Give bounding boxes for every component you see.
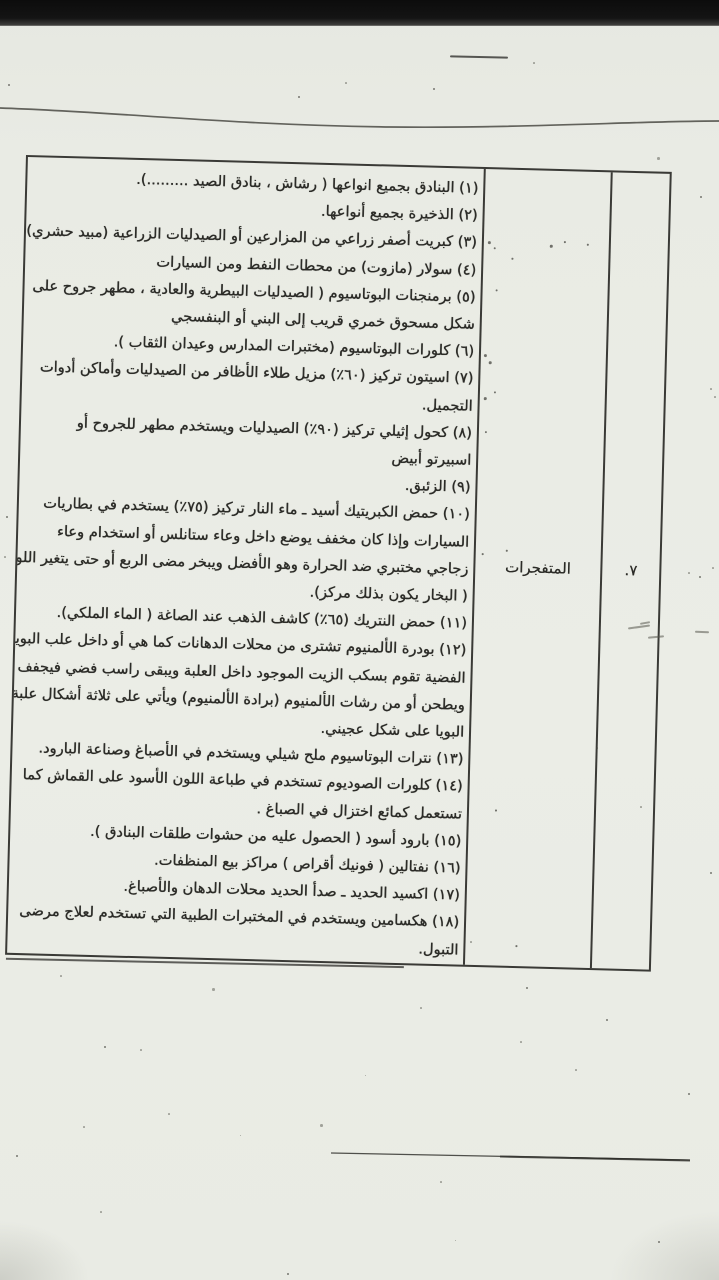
row-number: ٧.	[602, 561, 659, 580]
noise-speck	[420, 1007, 422, 1009]
noise-speck	[606, 1019, 608, 1021]
ink-dot	[506, 550, 508, 552]
ink-dot	[484, 397, 487, 400]
top-right-mark	[450, 55, 508, 58]
noise-speck	[710, 872, 712, 874]
noise-speck	[8, 84, 10, 86]
noise-speck	[104, 1046, 106, 1048]
noise-speck	[688, 1093, 690, 1095]
noise-speck	[520, 1041, 522, 1043]
ink-dot	[482, 553, 484, 555]
pen-scribble-mark	[695, 631, 709, 633]
ink-dot	[484, 354, 487, 357]
noise-speck	[688, 572, 690, 574]
noise-speck	[345, 82, 347, 84]
ink-dot	[515, 945, 517, 947]
noise-speck	[16, 1155, 18, 1157]
ink-dot	[494, 247, 496, 249]
category-label: المتفجرات	[475, 557, 600, 578]
items-list-cell: (١) البنادق بجميع انواعها ( رشاش ، بنادق…	[7, 157, 486, 965]
list-item: (١٢) بودرة الألمنيوم تشترى من محلات الده…	[15, 625, 467, 746]
noise-speck	[60, 975, 62, 977]
scan-crease-line	[0, 90, 719, 150]
ink-dot	[489, 361, 492, 364]
noise-speck	[596, 747, 598, 749]
document-table: (١) البنادق بجميع انواعها ( رشاش ، بنادق…	[5, 155, 672, 972]
pencil-line	[325, 1144, 705, 1168]
noise-speck	[575, 1069, 577, 1071]
ink-dot	[495, 810, 497, 812]
category-cell: المتفجرات	[465, 169, 613, 968]
ink-dot	[488, 241, 491, 244]
noise-speck	[212, 988, 215, 991]
ink-dot	[564, 241, 566, 243]
ink-dot	[494, 391, 496, 393]
noise-speck	[100, 1211, 102, 1213]
noise-speck	[699, 576, 701, 578]
page-corner-shadow-left	[0, 1220, 90, 1280]
ink-dot	[550, 245, 553, 248]
noise-speck	[710, 388, 712, 390]
noise-speck	[714, 396, 716, 398]
noise-speck	[470, 941, 472, 943]
list-item: (١٨) هكسامين ويستخدم في المختبرات الطبية…	[9, 897, 459, 963]
noise-speck	[287, 1273, 289, 1275]
noise-speck	[640, 806, 642, 808]
noise-speck	[240, 1135, 241, 1136]
ink-dot	[511, 258, 513, 260]
noise-speck	[433, 88, 435, 90]
list-item: (١٠) حمض الكبريتيك أسيد ـ ماء النار تركي…	[18, 489, 470, 610]
ink-dot	[496, 289, 498, 291]
noise-speck	[657, 157, 660, 160]
noise-speck	[526, 987, 528, 989]
noise-speck	[6, 516, 8, 518]
noise-speck	[533, 62, 535, 64]
noise-speck	[298, 96, 300, 98]
noise-speck	[83, 1126, 85, 1128]
scanned-document-page: (١) البنادق بجميع انواعها ( رشاش ، بنادق…	[0, 0, 719, 1280]
noise-speck	[455, 1240, 456, 1241]
noise-speck	[700, 196, 702, 198]
noise-speck	[658, 1241, 660, 1243]
page-corner-shadow-right	[609, 1210, 719, 1280]
noise-speck	[140, 1049, 142, 1051]
noise-speck	[168, 1113, 170, 1115]
noise-speck	[712, 567, 714, 569]
ink-dot	[587, 244, 589, 246]
ink-dot	[485, 431, 487, 433]
noise-speck	[320, 1124, 323, 1127]
noise-speck	[440, 1181, 442, 1183]
noise-speck	[4, 556, 6, 558]
noise-speck	[365, 1075, 366, 1076]
scanner-black-bar	[0, 0, 719, 26]
